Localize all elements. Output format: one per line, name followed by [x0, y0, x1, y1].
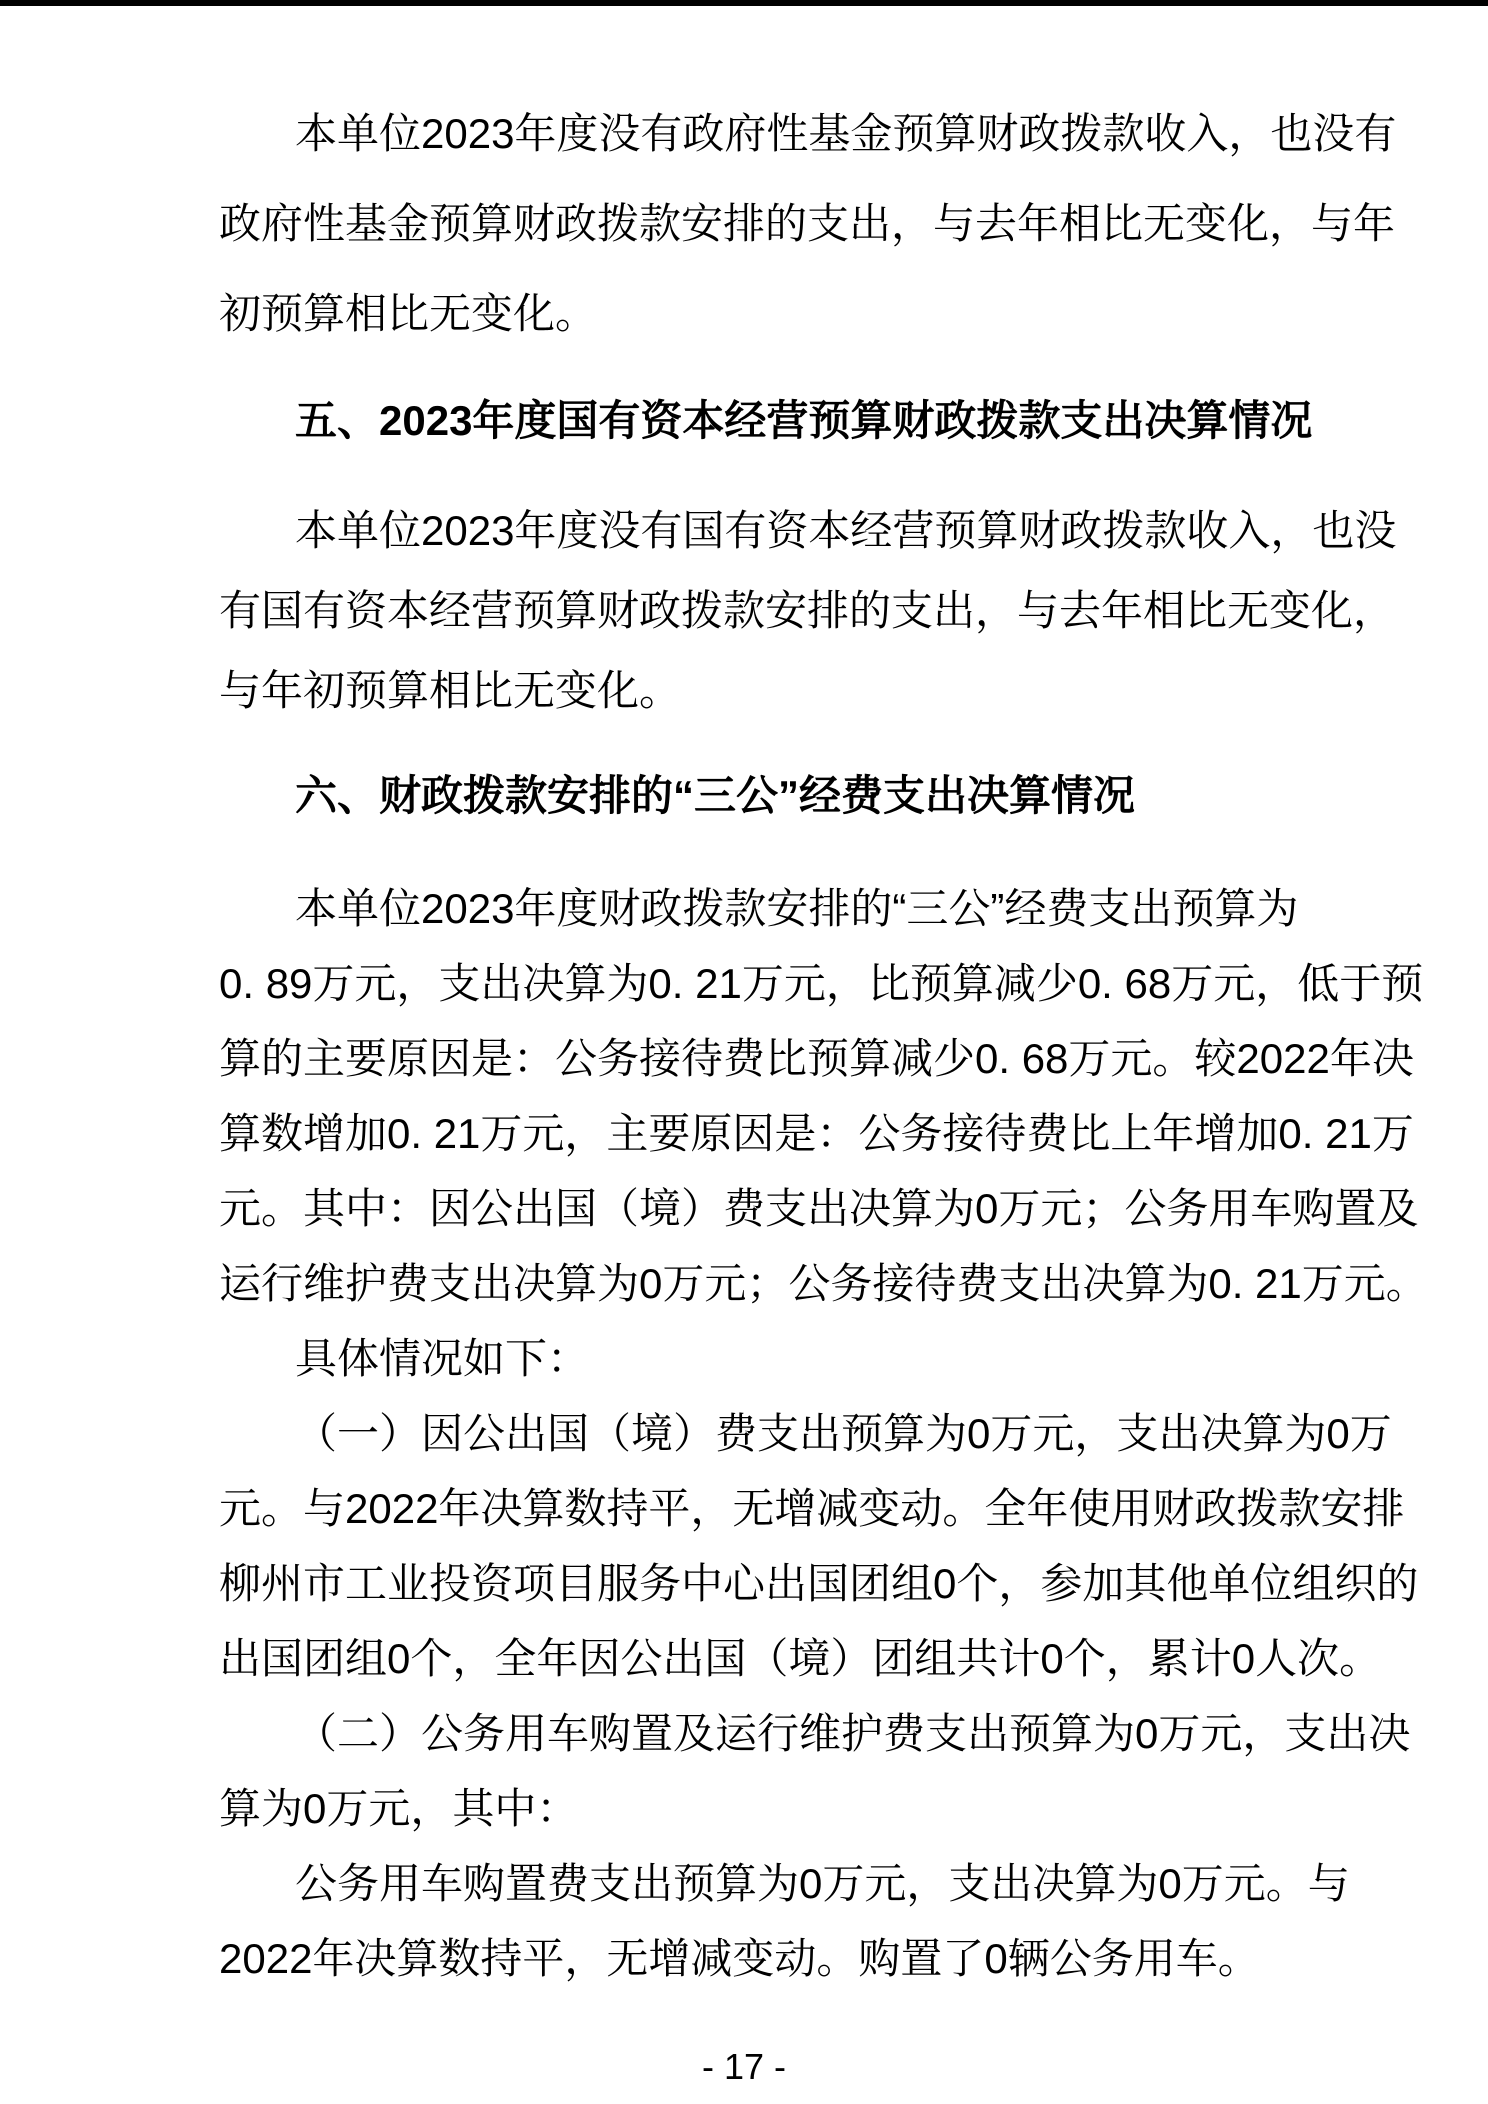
page-number: - 17 -: [0, 2046, 1488, 2088]
text-line: 出国团组0个，全年因公出国（境）团组共计0个，累计0人次。: [219, 1621, 1311, 1696]
text-line: 算为0万元，其中：: [219, 1771, 1311, 1846]
text-line: 本单位2023年度财政拨款安排的“三公”经费支出预算为: [219, 871, 1311, 946]
text-line: 本单位2023年度没有政府性基金预算财政拨款收入，也没有: [219, 89, 1311, 179]
text-line: 政府性基金预算财政拨款安排的支出，与去年相比无变化，与年: [219, 179, 1311, 269]
text-line: 与年初预算相比无变化。: [219, 651, 1311, 731]
paragraph-gov-fund-budget: 本单位2023年度没有政府性基金预算财政拨款收入，也没有 政府性基金预算财政拨款…: [219, 89, 1311, 359]
paragraph-overseas-travel: （一）因公出国（境）费支出预算为0万元，支出决算为0万 元。与2022年决算数持…: [219, 1396, 1311, 1696]
text-line: 公务用车购置费支出预算为0万元，支出决算为0万元。与: [219, 1846, 1311, 1921]
text-line: 具体情况如下：: [219, 1321, 1311, 1396]
paragraph-official-vehicles: （二）公务用车购置及运行维护费支出预算为0万元，支出决 算为0万元，其中：: [219, 1696, 1311, 1846]
text-line: 2022年决算数持平，无增减变动。购置了0辆公务用车。: [219, 1921, 1311, 1996]
text-line: 有国有资本经营预算财政拨款安排的支出，与去年相比无变化，: [219, 571, 1311, 651]
text-line: 柳州市工业投资项目服务中心出国团组0个，参加其他单位组织的: [219, 1546, 1311, 1621]
text-line: 0. 89万元，支出决算为0. 21万元，比预算减少0. 68万元，低于预: [219, 946, 1311, 1021]
text-line: 本单位2023年度没有国有资本经营预算财政拨款收入，也没: [219, 491, 1311, 571]
paragraph-state-capital-budget: 本单位2023年度没有国有资本经营预算财政拨款收入，也没 有国有资本经营预算财政…: [219, 491, 1311, 731]
section-heading-state-capital: 五、2023年度国有资本经营预算财政拨款支出决算情况: [219, 376, 1311, 466]
text-line: 元。与2022年决算数持平，无增减变动。全年使用财政拨款安排: [219, 1471, 1311, 1546]
text-line: 初预算相比无变化。: [219, 269, 1311, 359]
document-body: 本单位2023年度没有政府性基金预算财政拨款收入，也没有 政府性基金预算财政拨款…: [219, 0, 1311, 1996]
text-line: 运行维护费支出决算为0万元；公务接待费支出决算为0. 21万元。: [219, 1246, 1311, 1321]
paragraph-three-public-summary: 本单位2023年度财政拨款安排的“三公”经费支出预算为 0. 89万元，支出决算…: [219, 871, 1311, 1321]
text-line: （一）因公出国（境）费支出预算为0万元，支出决算为0万: [219, 1396, 1311, 1471]
paragraph-details-intro: 具体情况如下：: [219, 1321, 1311, 1396]
text-line: 元。其中：因公出国（境）费支出决算为0万元；公务用车购置及: [219, 1171, 1311, 1246]
text-line: 算的主要原因是：公务接待费比预算减少0. 68万元。较2022年决: [219, 1021, 1311, 1096]
text-line: 算数增加0. 21万元，主要原因是：公务接待费比上年增加0. 21万: [219, 1096, 1311, 1171]
paragraph-vehicle-purchase: 公务用车购置费支出预算为0万元，支出决算为0万元。与 2022年决算数持平，无增…: [219, 1846, 1311, 1996]
document-page: 本单位2023年度没有政府性基金预算财政拨款收入，也没有 政府性基金预算财政拨款…: [0, 0, 1488, 2104]
section-heading-three-public-expenses: 六、财政拨款安排的“三公”经费支出决算情况: [219, 751, 1311, 841]
text-line: （二）公务用车购置及运行维护费支出预算为0万元，支出决: [219, 1696, 1311, 1771]
